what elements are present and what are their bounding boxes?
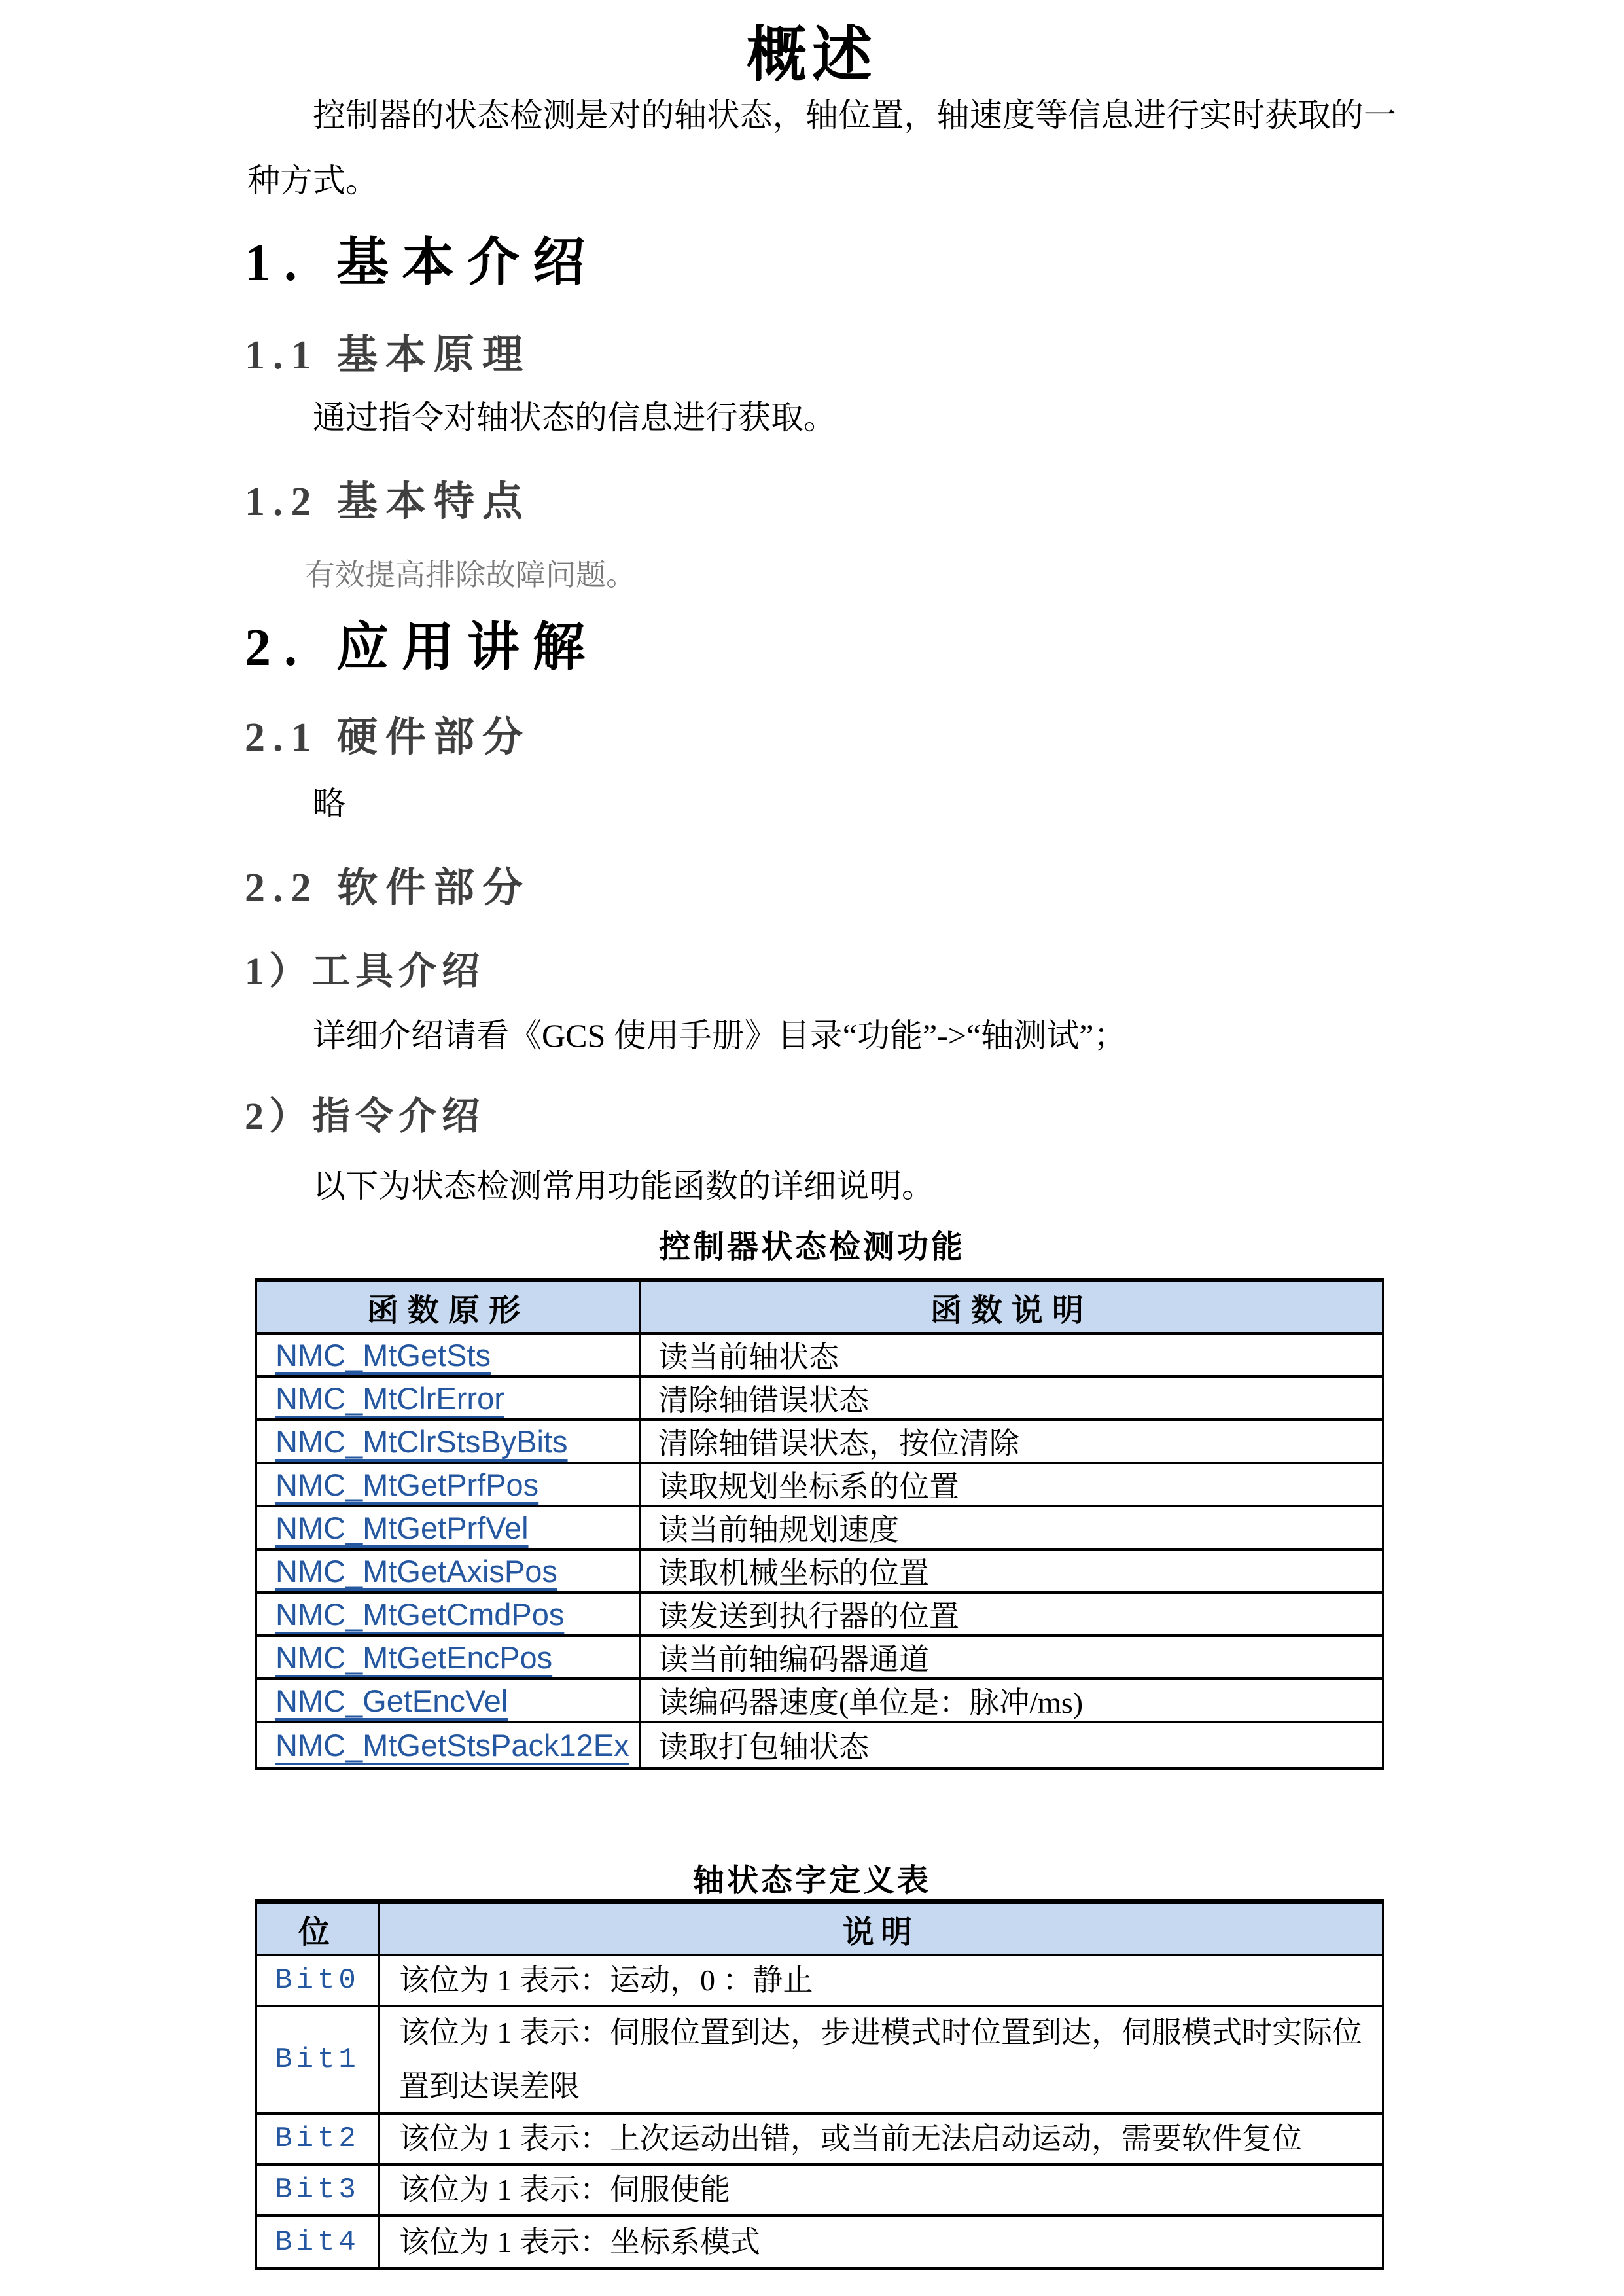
table-row: NMC_GetEncVel 读编码器速度(单位是：脉冲/ms) (257, 1680, 1382, 1723)
function-link[interactable]: NMC_MtGetEncPos (275, 1640, 552, 1676)
function-desc: 读当前轴编码器通道 (641, 1637, 1382, 1677)
subsection-heading-1-1: 1.1 基本原理 (245, 322, 531, 380)
paragraph-principle: 通过指令对轴状态的信息进行获取。 (313, 398, 836, 437)
table-row: NMC_MtGetSts 读当前轴状态 (257, 1335, 1382, 1378)
bit-desc: 该位为 1 表示：上次运动出错，或当前无法启动运动，需要软件复位 (380, 2115, 1382, 2163)
table-row: NMC_MtGetStsPack12Ex 读取打包轴状态 (257, 1723, 1382, 1767)
function-link[interactable]: NMC_MtGetStsPack12Ex (275, 1727, 629, 1763)
function-link[interactable]: NMC_MtGetSts (275, 1337, 491, 1373)
bit-label: Bit4 (257, 2217, 380, 2267)
status-table-header-bit: 位 (257, 1904, 380, 1954)
function-desc: 读当前轴规划速度 (641, 1507, 1382, 1548)
document-page: 概述 控制器的状态检测是对的轴状态，轴位置，轴速度等信息进行实时获取的一种方式。… (0, 0, 1624, 2296)
doc-title: 概述 (0, 7, 1624, 93)
function-desc: 读取打包轴状态 (641, 1723, 1382, 1767)
status-table-title: 轴状态字定义表 (0, 1855, 1624, 1900)
subsection-heading-2-1: 2.1 硬件部分 (245, 704, 531, 762)
paragraph-feature: 有效提高排除故障问题。 (305, 551, 636, 594)
table-row: Bit2 该位为 1 表示：上次运动出错，或当前无法启动运动，需要软件复位 (257, 2115, 1382, 2166)
function-link[interactable]: NMC_GetEncVel (275, 1683, 508, 1719)
table-row: Bit0 该位为 1 表示：运动，0 ：静止 (257, 1956, 1382, 2007)
intro-paragraph: 控制器的状态检测是对的轴状态，轴位置，轴速度等信息进行实时获取的一种方式。 (247, 82, 1396, 213)
table-row: NMC_MtGetAxisPos 读取机械坐标的位置 (257, 1551, 1382, 1594)
list-heading-tools: 1）工具介绍 (245, 940, 485, 995)
paragraph-tools-detail: 详细介绍请看《GCS 使用手册》目录“功能”->“轴测试”； (313, 1016, 1126, 1055)
function-link[interactable]: NMC_MtClrError (275, 1380, 504, 1416)
function-desc: 读发送到执行器的位置 (641, 1594, 1382, 1634)
table-row: NMC_MtGetPrfVel 读当前轴规划速度 (257, 1507, 1382, 1551)
function-table-header-desc: 函数说明 (641, 1282, 1382, 1332)
function-link[interactable]: NMC_MtGetPrfVel (275, 1510, 529, 1546)
section-heading-1: 1. 基本介绍 (245, 220, 598, 295)
status-table: 位 说明 Bit0 该位为 1 表示：运动，0 ：静止 Bit1 该位为 1 表… (255, 1899, 1384, 2270)
bit-label: Bit1 (257, 2007, 380, 2112)
function-link[interactable]: NMC_MtGetAxisPos (275, 1553, 557, 1589)
section-heading-2: 2. 应用讲解 (245, 605, 598, 680)
function-desc: 读编码器速度(单位是：脉冲/ms) (641, 1680, 1382, 1721)
function-desc: 读取规划坐标系的位置 (641, 1464, 1382, 1505)
bit-label: Bit2 (257, 2115, 380, 2163)
function-table-title: 控制器状态检测功能 (0, 1221, 1624, 1266)
subsection-heading-1-2: 1.2 基本特点 (245, 469, 531, 527)
function-link[interactable]: NMC_MtGetPrfPos (275, 1467, 538, 1503)
function-table-header-name: 函数原形 (257, 1282, 641, 1332)
function-desc: 读当前轴状态 (641, 1335, 1382, 1375)
table-row: NMC_MtGetPrfPos 读取规划坐标系的位置 (257, 1464, 1382, 1507)
subsection-heading-2-2: 2.2 软件部分 (245, 855, 531, 913)
function-link[interactable]: NMC_MtGetCmdPos (275, 1596, 564, 1632)
table-row: NMC_MtClrError 清除轴错误状态 (257, 1378, 1382, 1421)
function-link[interactable]: NMC_MtClrStsByBits (275, 1424, 568, 1460)
table-row: Bit4 该位为 1 表示：坐标系模式 (257, 2217, 1382, 2267)
function-table: 函数原形 函数说明 NMC_MtGetSts 读当前轴状态 NMC_MtClrE… (255, 1278, 1384, 1770)
bit-desc: 该位为 1 表示：伺服使能 (380, 2166, 1382, 2214)
function-desc: 读取机械坐标的位置 (641, 1551, 1382, 1591)
bit-desc: 该位为 1 表示：坐标系模式 (380, 2217, 1382, 2267)
status-table-header-row: 位 说明 (257, 1904, 1382, 1956)
function-table-header-row: 函数原形 函数说明 (257, 1282, 1382, 1335)
bit-label: Bit3 (257, 2166, 380, 2214)
paragraph-hardware: 略 (313, 784, 345, 823)
table-row: NMC_MtGetEncPos 读当前轴编码器通道 (257, 1637, 1382, 1680)
table-row: Bit3 该位为 1 表示：伺服使能 (257, 2166, 1382, 2217)
table-row: Bit1 该位为 1 表示：伺服位置到达，步进模式时位置到达，伺服模式时实际位置… (257, 2007, 1382, 2115)
bit-label: Bit0 (257, 1956, 380, 2005)
table-row: NMC_MtGetCmdPos 读发送到执行器的位置 (257, 1594, 1382, 1637)
table-row: NMC_MtClrStsByBits 清除轴错误状态，按位清除 (257, 1421, 1382, 1464)
status-table-header-desc: 说明 (380, 1904, 1382, 1954)
bit-desc: 该位为 1 表示：运动，0 ：静止 (380, 1956, 1382, 2005)
list-heading-commands: 2）指令介绍 (245, 1085, 485, 1140)
function-desc: 清除轴错误状态 (641, 1378, 1382, 1418)
bit-desc: 该位为 1 表示：伺服位置到达，步进模式时位置到达，伺服模式时实际位置到达误差限 (380, 2007, 1382, 2112)
function-desc: 清除轴错误状态，按位清除 (641, 1421, 1382, 1462)
paragraph-commands-detail: 以下为状态检测常用功能函数的详细说明。 (313, 1166, 934, 1206)
